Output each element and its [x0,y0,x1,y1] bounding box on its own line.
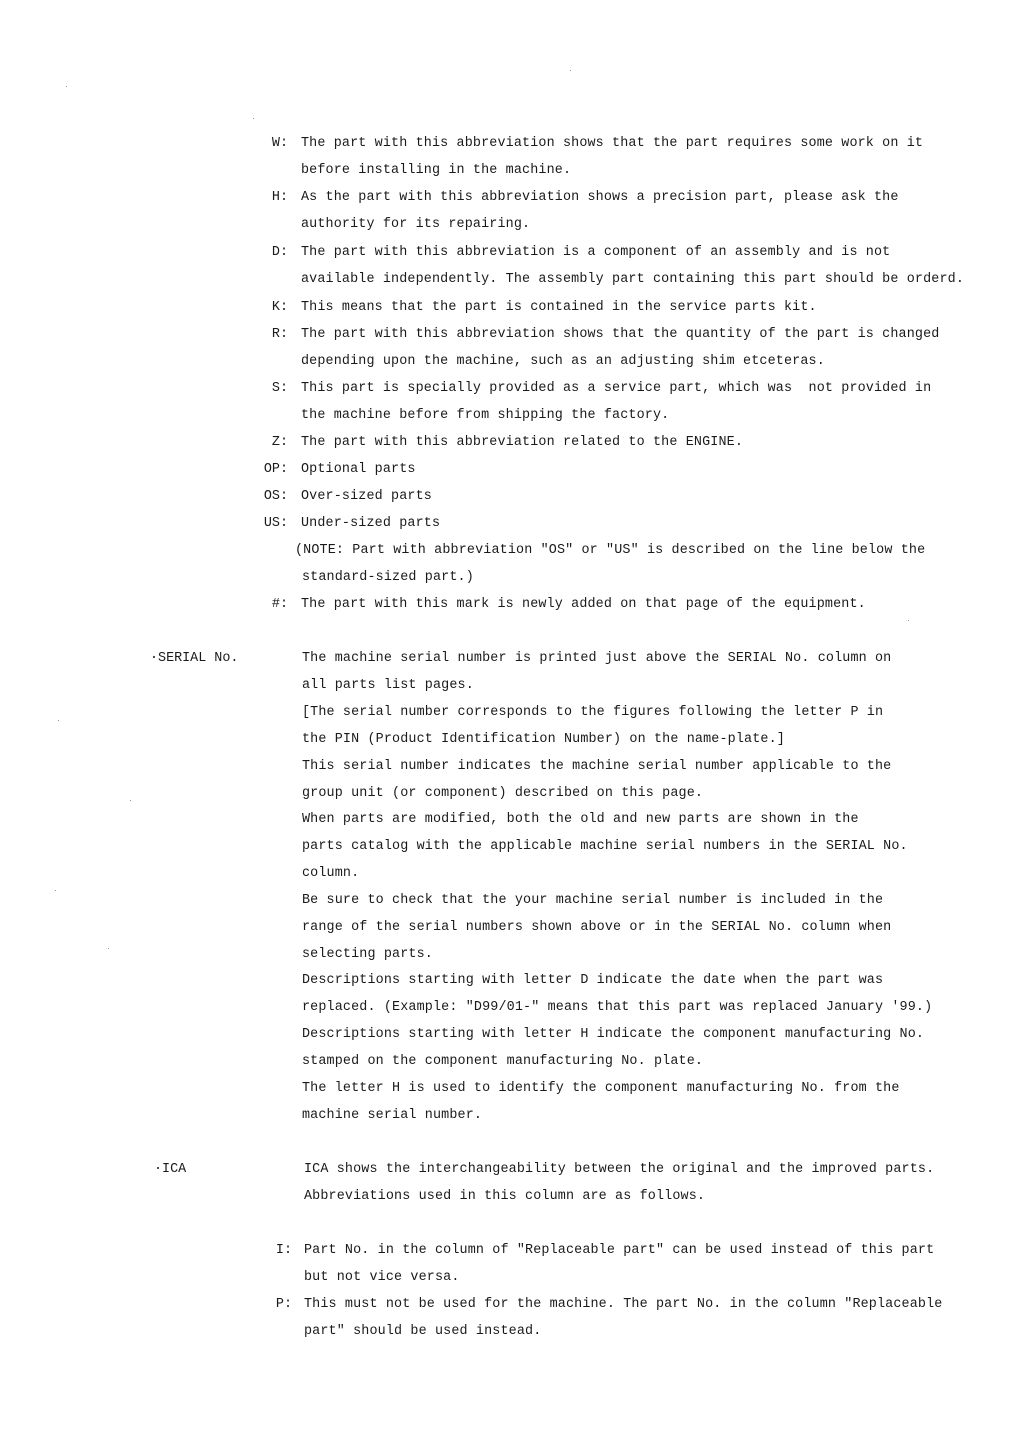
scan-speck [66,86,67,87]
serial-text: column. [302,866,359,882]
serial-text: The machine serial number is printed jus… [302,651,891,667]
abbr-key-os: OS: [248,489,288,505]
serial-text: selecting parts. [302,947,433,963]
serial-text: all parts list pages. [302,678,474,694]
abbr-text: The part with this abbreviation shows th… [301,136,923,152]
ica-item-text: Part No. in the column of "Replaceable p… [304,1243,934,1259]
ica-text: Abbreviations used in this column are as… [304,1189,705,1205]
abbr-key-w: W: [248,136,288,152]
scan-speck [570,70,571,71]
scan-speck [55,890,56,891]
section-heading-ica: ·ICA [154,1162,186,1178]
serial-text: Be sure to check that the your machine s… [302,893,883,909]
serial-text: parts catalog with the applicable machin… [302,839,908,855]
serial-text: range of the serial numbers shown above … [302,920,891,936]
serial-text: This serial number indicates the machine… [302,759,891,775]
abbr-text: The part with this mark is newly added o… [301,597,866,613]
abbr-text: The part with this abbreviation related … [301,435,743,451]
abbr-text: This means that the part is contained in… [301,300,817,316]
serial-text: Descriptions starting with letter D indi… [302,973,883,989]
abbr-key-h: H: [248,190,288,206]
abbr-text: The part with this abbreviation is a com… [301,245,890,261]
ica-item-text: part" should be used instead. [304,1324,541,1340]
abbr-text: depending upon the machine, such as an a… [301,354,825,370]
ica-item-text: but not vice versa. [304,1270,460,1286]
abbr-key-s: S: [248,381,288,397]
scan-speck [908,620,909,621]
abbr-key-z: Z: [248,435,288,451]
serial-text: The letter H is used to identify the com… [302,1081,900,1097]
serial-text: [The serial number corresponds to the fi… [302,705,883,721]
abbr-text: available independently. The assembly pa… [301,272,964,288]
serial-text: group unit (or component) described on t… [302,786,703,802]
section-heading-serial: ·SERIAL No. [150,651,238,667]
document-page: W: The part with this abbreviation shows… [0,0,1024,1448]
serial-text: stamped on the component manufacturing N… [302,1054,703,1070]
abbr-key-d: D: [248,245,288,261]
ica-key-p: P: [252,1297,292,1313]
abbr-text: the machine before from shipping the fac… [301,408,669,424]
abbr-key-hash: #: [248,597,288,613]
abbr-key-k: K: [248,300,288,316]
note-text: (NOTE: Part with abbreviation "OS" or "U… [295,543,925,559]
serial-text: replaced. (Example: "D99/01-" means that… [302,1000,932,1016]
note-text: standard-sized part.) [302,570,474,586]
ica-text: ICA shows the interchangeability between… [304,1162,934,1178]
abbr-text: Optional parts [301,462,416,478]
abbr-key-r: R: [248,327,288,343]
serial-text: machine serial number. [302,1108,482,1124]
serial-text: the PIN (Product Identification Number) … [302,732,785,748]
ica-key-i: I: [252,1243,292,1259]
scan-speck [130,800,131,801]
abbr-key-op: OP: [248,462,288,478]
abbr-text: This part is specially provided as a ser… [301,381,931,397]
abbr-text: authority for its repairing. [301,217,530,233]
abbr-text: As the part with this abbreviation shows… [301,190,899,206]
abbr-text: Over-sized parts [301,489,432,505]
serial-text: Descriptions starting with letter H indi… [302,1027,924,1043]
scan-speck [253,118,254,119]
serial-text: When parts are modified, both the old an… [302,812,859,828]
abbr-key-us: US: [248,516,288,532]
abbr-text: The part with this abbreviation shows th… [301,327,939,343]
scan-speck [58,720,59,721]
ica-item-text: This must not be used for the machine. T… [304,1297,942,1313]
abbr-text: before installing in the machine. [301,163,571,179]
abbr-text: Under-sized parts [301,516,440,532]
scan-speck [108,948,109,949]
